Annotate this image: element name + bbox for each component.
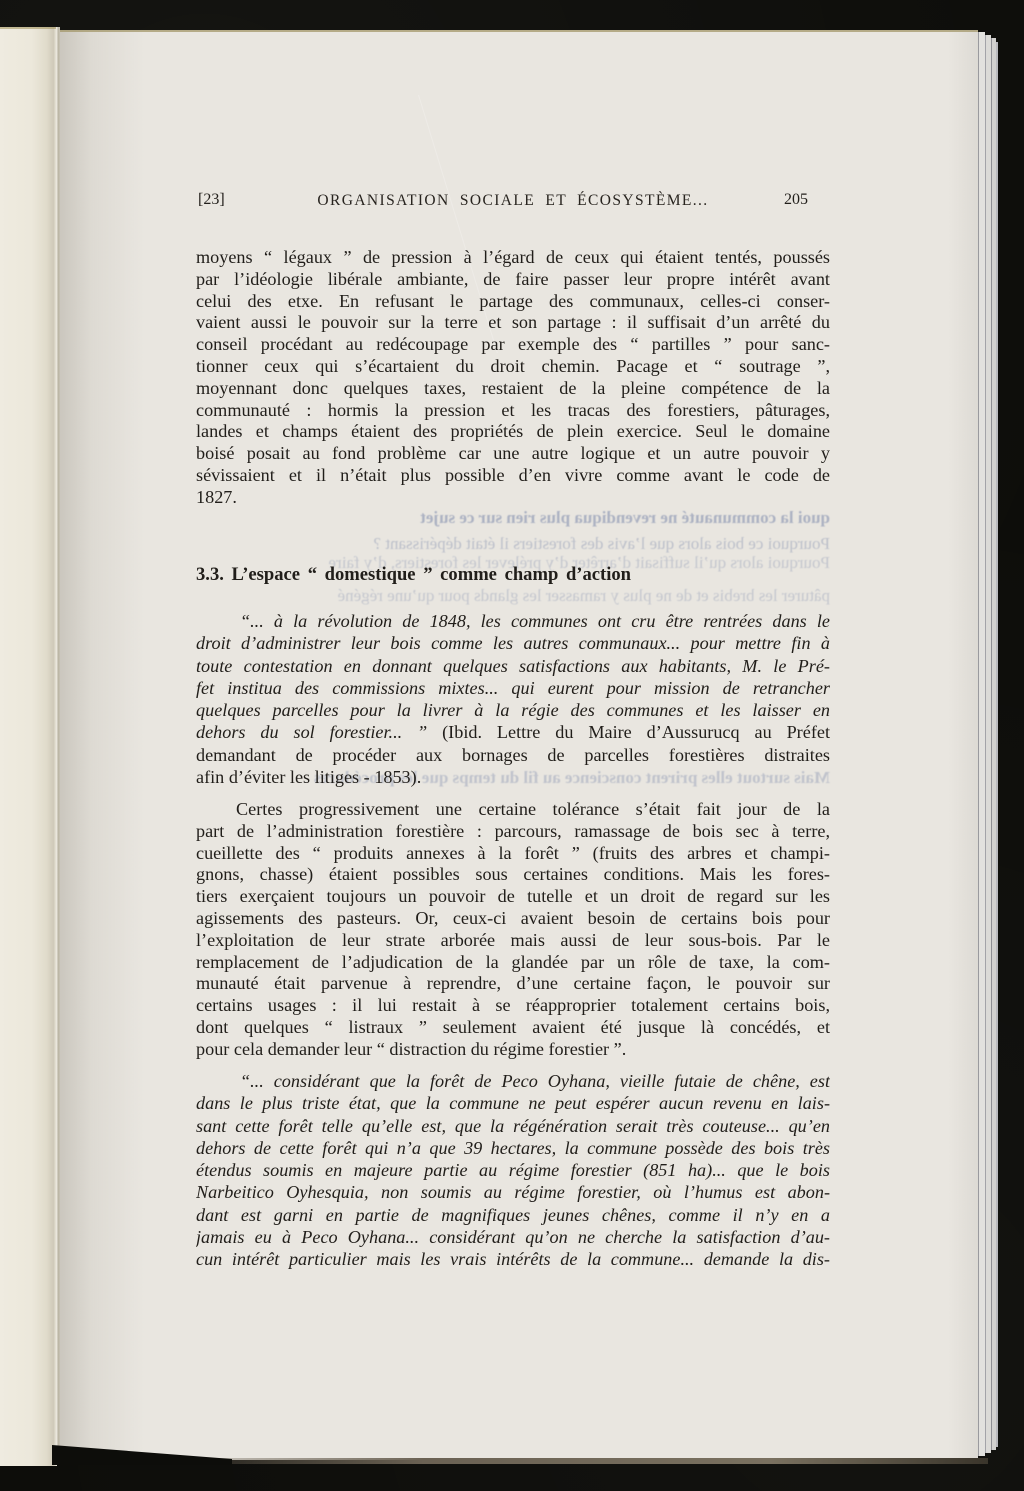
book-scan-photo: quoi la communauté ne revendiqua plus ri… (0, 0, 1024, 1491)
text-line: cun intérêt particulier mais les vrais i… (196, 1248, 830, 1270)
text-segment: l’exploitation de leur strate arborée ma… (196, 930, 830, 950)
quote-2: “... considérant que la forêt de Peco Oy… (196, 1070, 830, 1271)
text-segment: communauté : hormis la pression et les t… (196, 400, 830, 420)
text-segment: cueillette des “ produits annexes à la f… (196, 843, 830, 863)
text-segment: moyennant donc quelques taxes, restaient… (196, 378, 830, 398)
text-line: par l’idéologie libérale ambiante, de fa… (196, 269, 830, 291)
text-segment: afin d’éviter les litiges - 1853). (196, 767, 421, 787)
page-number: 205 (784, 191, 808, 209)
text-segment: jamais eu à Peco Oyhana... considérant q… (196, 1227, 830, 1247)
text-segment: agissements des pasteurs. Or, ceux-ci av… (196, 908, 830, 928)
text-line: l’exploitation de leur strate arborée ma… (196, 930, 830, 952)
text-segment: gnons, chasse) étaient possibles sous ce… (196, 864, 830, 884)
text-line: agissements des pasteurs. Or, ceux-ci av… (196, 908, 830, 930)
text-line: dehors du sol forestier... ” (Ibid. Lett… (196, 721, 830, 743)
text-line: Narbeitico Oyhesquia, non soumis au régi… (196, 1181, 830, 1203)
text-line: tiers exerçaient toujours un pouvoir de … (196, 886, 830, 908)
text-segment: part de l’administration forestière : pa… (196, 821, 830, 841)
text-segment: toute contestation en donnant quelques s… (196, 656, 830, 676)
text-line: étendus soumis en majeure partie au régi… (196, 1159, 830, 1181)
paragraph-1: moyens “ légaux ” de pression à l’égard … (196, 247, 830, 509)
text-segment: cun intérêt particulier mais les vrais i… (196, 1249, 830, 1269)
text-segment: étendus soumis en majeure partie au régi… (196, 1160, 830, 1180)
text-segment: dont quelques “ listraux ” seulement ava… (196, 1017, 830, 1037)
text-line: Certes progressivement une certaine tolé… (196, 799, 830, 821)
text-segment: pour cela demander leur “ distraction du… (196, 1039, 626, 1059)
text-line: conseil procédant au redécoupage par exe… (196, 334, 830, 356)
text-line: moyennant donc quelques taxes, restaient… (196, 378, 830, 400)
text-segment: munauté était parvenue à reprendre, d’un… (196, 973, 830, 993)
text-line: communauté : hormis la pression et les t… (196, 400, 830, 422)
text-line: tionner ceux qui s’écartaient du droit c… (196, 356, 830, 378)
text-line: droit d’administrer leur bois comme les … (196, 632, 830, 654)
text-segment: (Ibid. Lettre du Maire d’Aussurucq au Pr… (442, 722, 830, 742)
text-line: dehors de cette forêt qui n’a que 39 hec… (196, 1137, 830, 1159)
text-segment: sévissaient et il n’était plus possible … (196, 465, 830, 485)
text-segment: tiers exerçaient toujours un pouvoir de … (196, 886, 830, 906)
text-line: landes et champs étaient des propriétés … (196, 421, 830, 443)
text-segment: certains usages : il lui restait à se ré… (196, 995, 830, 1015)
text-line: certains usages : il lui restait à se ré… (196, 995, 830, 1017)
quote-1: “... à la révolution de 1848, les commun… (196, 610, 830, 788)
text-segment: dehors de cette forêt qui n’a que 39 hec… (196, 1138, 830, 1158)
text-segment: quelques parcelles pour la livrer à la r… (196, 700, 830, 720)
text-line: 1827. (196, 487, 830, 509)
running-head: [23] ORGANISATION SOCIALE ET ÉCOSYSTÈME.… (196, 191, 830, 213)
text-segment: demandant de procéder aux bornages de pa… (196, 745, 830, 765)
running-title: ORGANISATION SOCIALE ET ÉCOSYSTÈME... (317, 192, 708, 210)
stacked-page-edge (996, 42, 998, 1447)
text-line: demandant de procéder aux bornages de pa… (196, 744, 830, 766)
text-segment: fet institua des commissions mixtes... q… (196, 678, 830, 698)
text-line: munauté était parvenue à reprendre, d’un… (196, 973, 830, 995)
text-segment: sant cette forêt telle qu’elle est, que … (196, 1116, 830, 1136)
text-segment: vaient aussi le pouvoir sur la terre et … (196, 312, 830, 332)
text-segment: landes et champs étaient des propriétés … (196, 421, 830, 441)
text-line: afin d’éviter les litiges - 1853). (196, 766, 830, 788)
text-segment: moyens “ légaux ” de pression à l’égard … (196, 247, 830, 267)
text-line: remplacement de l’adjudication de la gla… (196, 952, 830, 974)
article-bracket-number: [23] (198, 191, 225, 209)
text-line: sant cette forêt telle qu’elle est, que … (196, 1115, 830, 1137)
text-line: jamais eu à Peco Oyhana... considérant q… (196, 1226, 830, 1248)
text-line: dans le plus triste état, que la commune… (196, 1092, 830, 1114)
text-segment: tionner ceux qui s’écartaient du droit c… (196, 356, 830, 376)
text-segment: dans le plus triste état, que la commune… (196, 1093, 830, 1113)
facing-page-sliver (0, 27, 57, 1466)
text-line: pour cela demander leur “ distraction du… (196, 1039, 830, 1061)
text-column: [23] ORGANISATION SOCIALE ET ÉCOSYSTÈME.… (196, 0, 830, 1491)
text-line: cueillette des “ produits annexes à la f… (196, 843, 830, 865)
text-segment: dant est garni en partie de magnifiques … (196, 1205, 830, 1225)
text-line: “... considérant que la forêt de Peco Oy… (196, 1070, 830, 1092)
text-segment: droit d’administrer leur bois comme les … (196, 633, 830, 653)
text-line: part de l’administration forestière : pa… (196, 821, 830, 843)
text-line: vaient aussi le pouvoir sur la terre et … (196, 312, 830, 334)
text-line: quelques parcelles pour la livrer à la r… (196, 699, 830, 721)
text-line: gnons, chasse) étaient possibles sous ce… (196, 864, 830, 886)
text-segment: “... à la révolution de 1848, les commun… (240, 611, 830, 631)
text-line: boisé posait au fond problème car une au… (196, 443, 830, 465)
text-segment: celui des etxe. En refusant le partage d… (196, 291, 830, 311)
text-line: moyens “ légaux ” de pression à l’égard … (196, 247, 830, 269)
text-segment: “... considérant que la forêt de Peco Oy… (240, 1071, 830, 1091)
text-segment: 1827. (196, 487, 237, 507)
section-heading: 3.3. L’espace “ domestique ” comme champ… (196, 564, 830, 586)
text-segment: Certes progressivement une certaine tolé… (236, 799, 830, 819)
text-line: fet institua des commissions mixtes... q… (196, 677, 830, 699)
text-segment: Narbeitico Oyhesquia, non soumis au régi… (196, 1182, 830, 1202)
text-line: “... à la révolution de 1848, les commun… (196, 610, 830, 632)
text-segment: boisé posait au fond problème car une au… (196, 443, 830, 463)
stacked-page-edge (978, 32, 985, 1456)
text-line: dant est garni en partie de magnifiques … (196, 1204, 830, 1226)
text-line: dont quelques “ listraux ” seulement ava… (196, 1017, 830, 1039)
text-segment: par l’idéologie libérale ambiante, de fa… (196, 269, 830, 289)
text-segment: dehors du sol forestier... ” (196, 722, 442, 742)
text-line: toute contestation en donnant quelques s… (196, 655, 830, 677)
paragraph-2: Certes progressivement une certaine tolé… (196, 799, 830, 1061)
text-line: celui des etxe. En refusant le partage d… (196, 291, 830, 313)
text-segment: conseil procédant au redécoupage par exe… (196, 334, 830, 354)
text-line: sévissaient et il n’était plus possible … (196, 465, 830, 487)
text-segment: remplacement de l’adjudication de la gla… (196, 952, 830, 972)
